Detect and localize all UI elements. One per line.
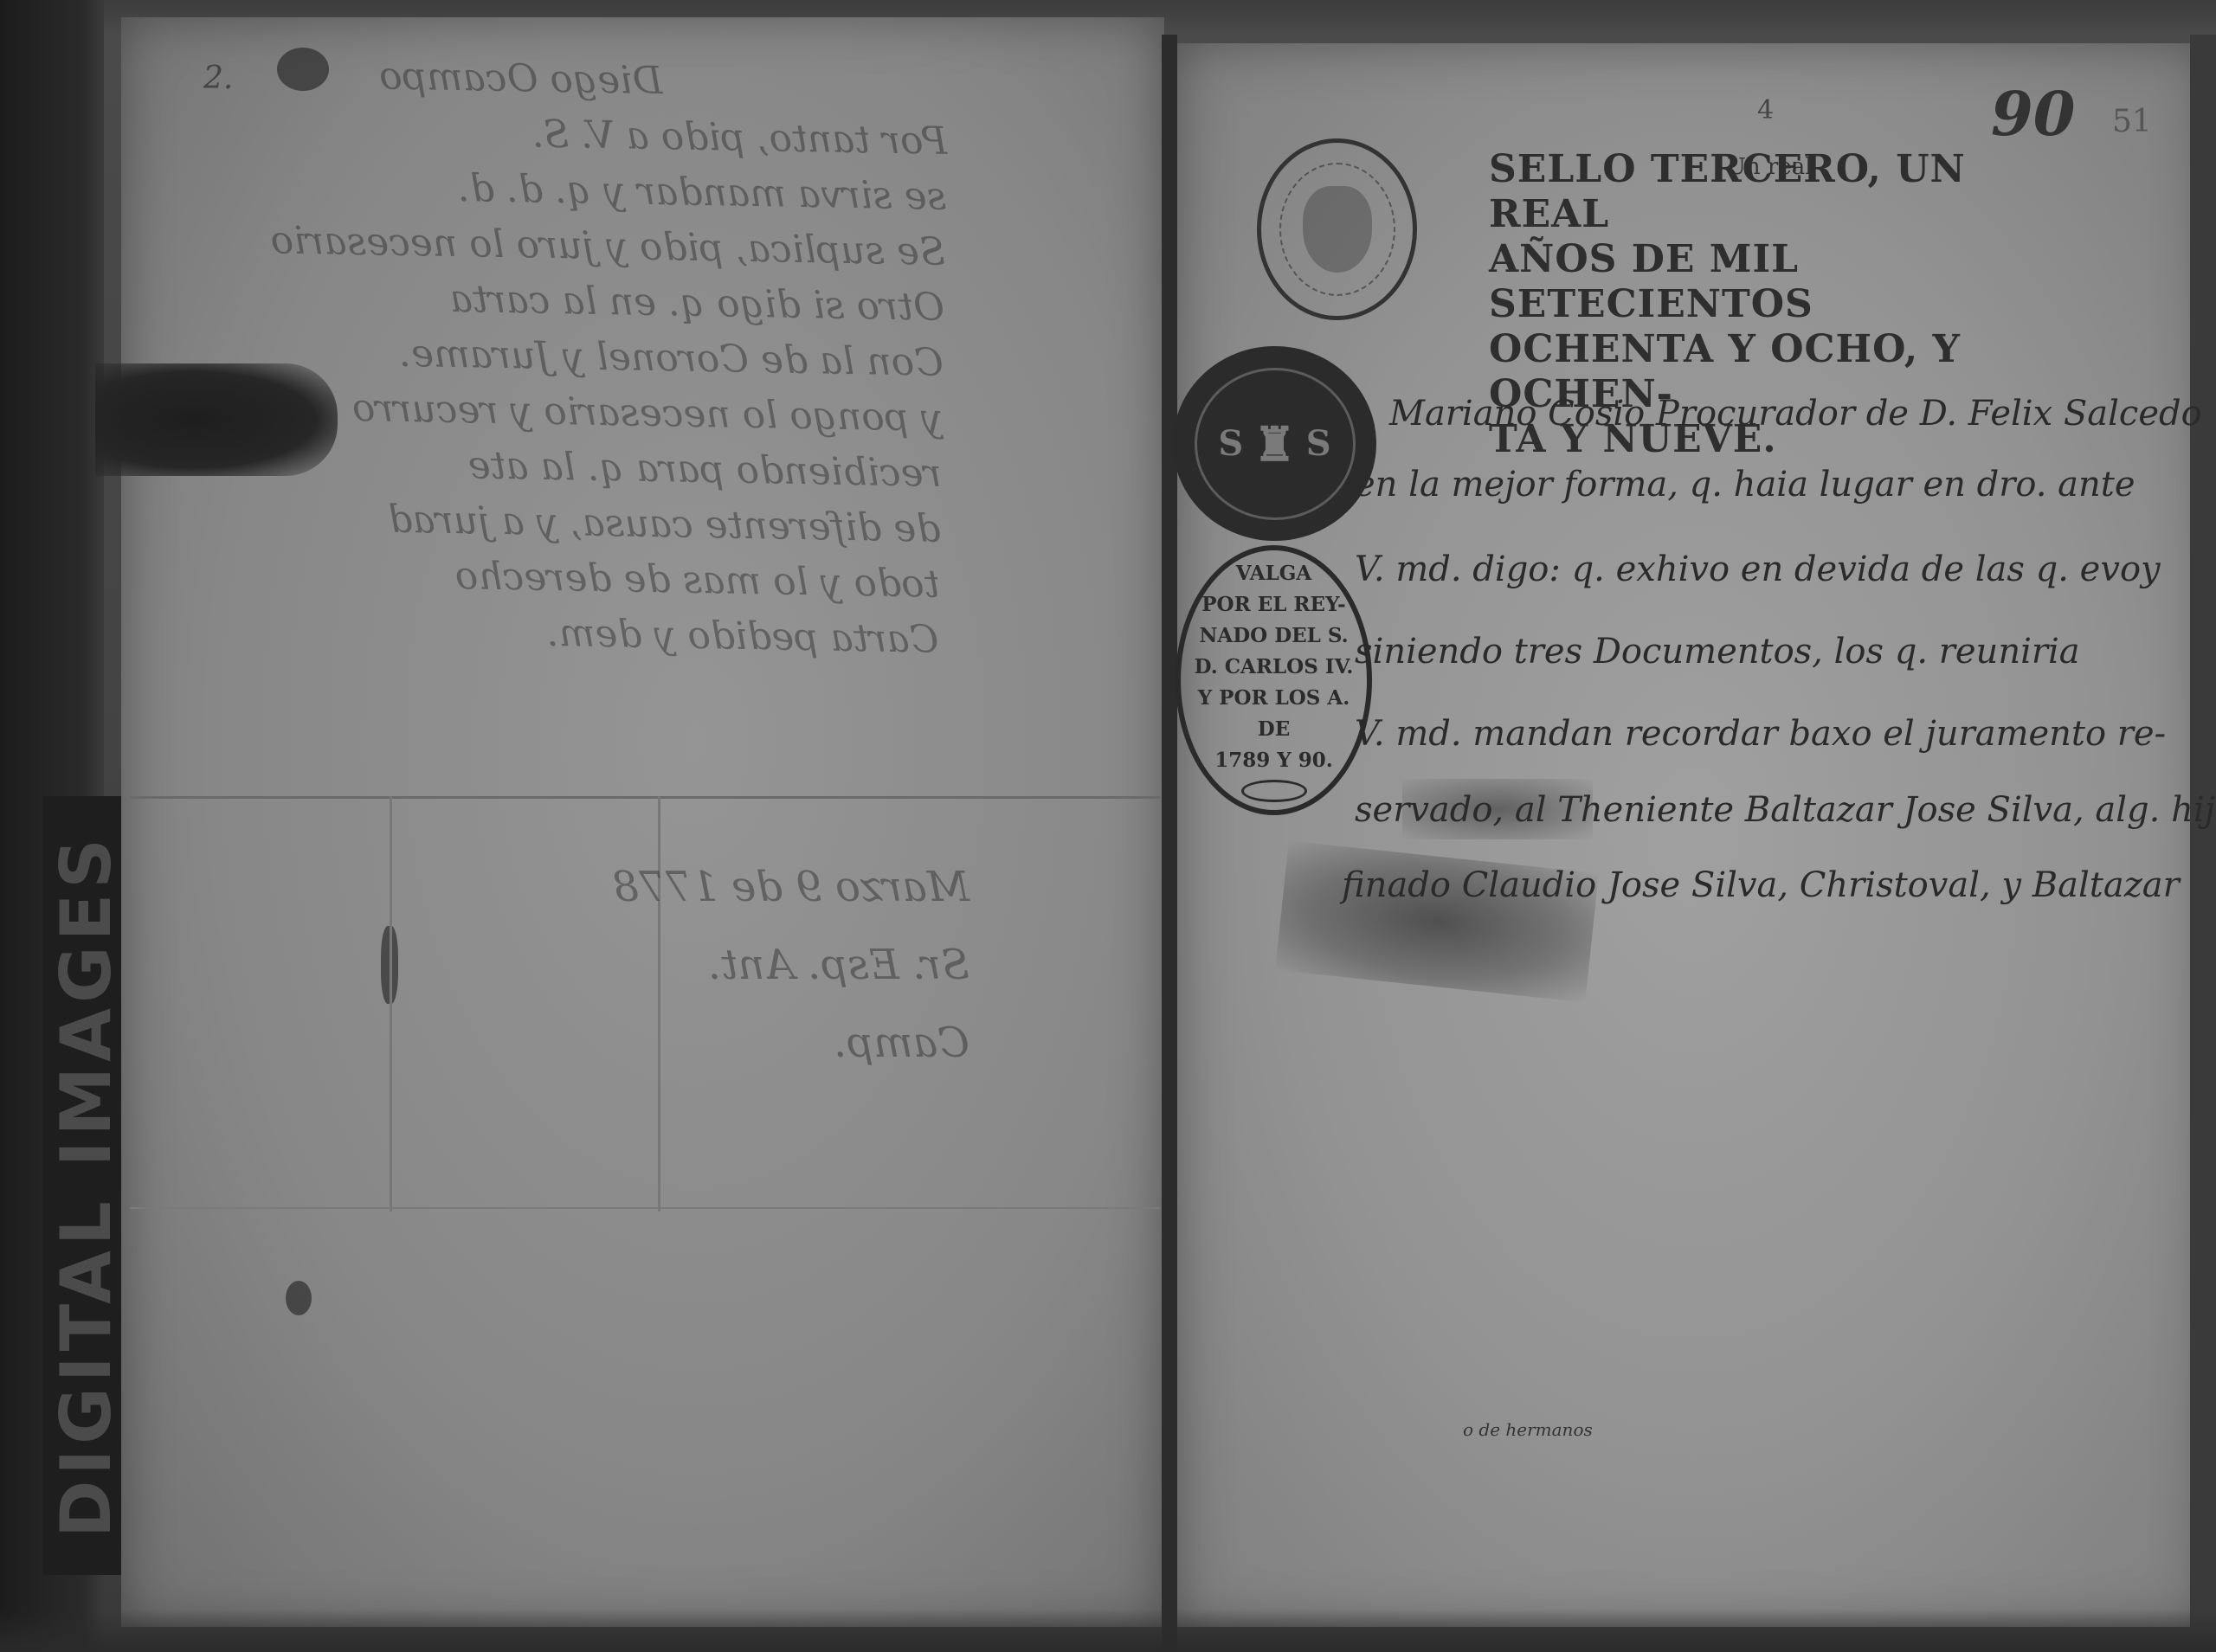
bleed-through-text: Diego Ocampo Por tanto, pido a V. S. se …	[159, 45, 949, 668]
manuscript-line: Mariano Cosio Procurador de D. Felix Sal…	[1389, 394, 2202, 434]
seal-line: Y POR LOS A. DE	[1181, 683, 1367, 745]
manuscript-line: en la mejor forma, q. haia lugar en dro.…	[1355, 465, 2135, 505]
royal-seal	[1257, 138, 1417, 320]
seal-line: VALGA	[1236, 558, 1312, 589]
tower-icon: ♜	[1253, 416, 1295, 472]
ink-blot	[286, 1281, 312, 1315]
castle-seal: S ♜ S	[1173, 346, 1376, 541]
folio-number: 51	[2112, 104, 2152, 139]
seal-inner-ring	[1279, 163, 1395, 296]
page-edge	[2190, 35, 2216, 1652]
manuscript-line: siniendo tres Documentos, los q. reuniri…	[1355, 632, 2080, 672]
stamp-header-line: SELLO TERCERO, UN REAL	[1489, 147, 2095, 237]
manuscript-line: V. md. mandan recordar baxo el juramento…	[1355, 714, 2166, 754]
fold-line	[130, 796, 1160, 799]
seal-line: 1789 Y 90.	[1214, 745, 1332, 776]
spine-label: DIGITAL IMAGES	[43, 796, 130, 1575]
scan-bottom-edge	[0, 1610, 2216, 1652]
bleed-line: Marzo 9 de 1778	[364, 848, 969, 926]
coat-of-arms-icon	[1303, 186, 1372, 273]
seal-line: POR EL REY-	[1201, 589, 1345, 620]
manuscript-line: V. md. digo: q. exhivo en devida de las …	[1355, 550, 2161, 589]
fold-line	[130, 1207, 1160, 1209]
manuscript-line: finado Claudio Jose Silva, Christoval, y…	[1342, 865, 2180, 905]
bleed-through-date: Marzo 9 de 1778 Sr. Esp. Ant. Camp.	[364, 848, 969, 1082]
castle-icon: S ♜ S	[1195, 368, 1356, 520]
top-mark: 4	[1757, 95, 1774, 125]
bleed-line: Sr. Esp. Ant.	[364, 926, 969, 1004]
seal-letter: S	[1218, 423, 1243, 464]
habilitation-seal: VALGA POR EL REY- NADO DEL S. D. CARLOS …	[1176, 545, 1372, 815]
seal-line: NADO DEL S.	[1199, 620, 1348, 652]
manuscript-line: servado, al Theniente Baltazar Jose Silv…	[1355, 790, 2216, 830]
interlinear-note: o de hermanos	[1463, 1419, 1593, 1440]
book-gutter	[1162, 35, 1177, 1652]
bleed-line: Camp.	[364, 1004, 969, 1082]
stamp-header-line: AÑOS DE MIL SETECIENTOS	[1489, 237, 2095, 327]
seal-line: D. CARLOS IV.	[1195, 652, 1354, 683]
folio-mark: 90	[1991, 78, 2075, 150]
crown-icon	[1241, 780, 1307, 802]
seal-letter: S	[1306, 423, 1331, 464]
